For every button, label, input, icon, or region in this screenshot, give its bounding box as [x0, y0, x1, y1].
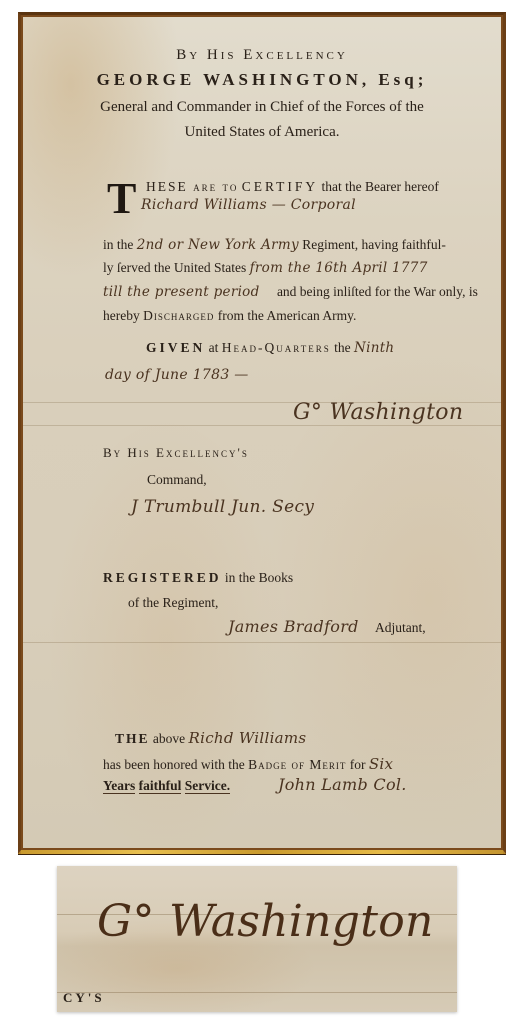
certify-line-3: in the 2nd or New York Army Regiment, ha…	[103, 237, 446, 253]
date-handwritten: day of June 1783 —	[105, 367, 249, 383]
fold-line	[23, 642, 501, 643]
given-word: GIVEN	[146, 340, 205, 355]
frame-gold-edge	[21, 850, 503, 854]
inlisted-text: and being inliſted for the War only, is	[277, 284, 478, 299]
certify-line-1: HESE are to CERTIFY that the Bearer here…	[146, 179, 439, 195]
service-word: Service.	[185, 778, 230, 794]
registered-line: REGISTERED in the Books	[103, 570, 293, 586]
header-country: United States of America.	[23, 124, 501, 141]
for-word: for	[350, 757, 366, 772]
document-paper: By His Excellency GEORGE WASHINGTON, Esq…	[23, 17, 501, 848]
the-word: THE	[115, 731, 150, 746]
command-word: Command,	[147, 472, 207, 488]
badge-line-2: has been honored with the Badge of Merit…	[103, 755, 393, 773]
in-the-books: in the Books	[225, 570, 293, 585]
certify-line-6: hereby Discharged from the American Army…	[103, 308, 356, 324]
certify-line-5: till the present period and being inliſt…	[103, 284, 478, 300]
regiment-text: Regiment, having faithful-	[302, 237, 446, 252]
these-are-to: HESE are to	[146, 179, 238, 194]
badge-line-1: THE above Richd Williams	[115, 729, 306, 747]
header-george-washington: GEORGE WASHINGTON, Esq;	[23, 70, 501, 90]
colonel-signature: John Lamb Col.	[278, 775, 407, 794]
the-word: the	[334, 340, 351, 355]
given-line: GIVEN at Head-Quarters the Ninth	[146, 340, 394, 356]
bearer-text: that the Bearer hereof	[322, 179, 439, 194]
years-word: Years	[103, 778, 135, 794]
hereby: hereby	[103, 308, 140, 323]
faithful-word: faithful	[139, 778, 182, 794]
by-his-excellencys: By His Excellency's	[103, 445, 249, 461]
badge-line-3: Years faithful Service.	[103, 778, 230, 794]
in-the: in the	[103, 237, 133, 252]
certify-line-4: ly ſerved the United States from the 16t…	[103, 260, 428, 276]
service-till-handwritten: till the present period	[103, 284, 260, 300]
honored-text: has been honored with the	[103, 757, 245, 772]
badge-of-merit: Badge of Merit	[248, 757, 346, 772]
from-army-text: from the American Army.	[218, 308, 357, 323]
bearer-name-handwritten: Richard Williams — Corporal	[141, 197, 356, 213]
header-by-his-excellency: By His Excellency	[23, 47, 501, 64]
head-quarters: Head-Quarters	[222, 340, 331, 355]
signature-detail-inset: G° Washington CY'S	[57, 866, 457, 1012]
fold-line	[23, 425, 501, 426]
fold-line	[57, 992, 457, 993]
service-from-handwritten: from the 16th April 1777	[250, 260, 428, 276]
certify-word: CERTIFY	[242, 179, 318, 194]
regiment-handwritten: 2nd or New York Army	[137, 237, 299, 253]
served-text: ly ſerved the United States	[103, 260, 246, 275]
picture-frame: By His Excellency GEORGE WASHINGTON, Esq…	[18, 12, 506, 854]
at-word: at	[209, 340, 219, 355]
years-handwritten: Six	[369, 755, 393, 773]
registered-word: REGISTERED	[103, 570, 222, 585]
above-word: above	[153, 731, 185, 746]
of-the-regiment: of the Regiment,	[128, 595, 218, 611]
excellencys-fragment: CY'S	[63, 990, 105, 1006]
day-handwritten: Ninth	[354, 340, 394, 356]
header-title: General and Commander in Chief of the Fo…	[23, 99, 501, 116]
adjutant-signature: James Bradford	[228, 617, 359, 636]
adjutant-label: Adjutant,	[375, 620, 426, 636]
drop-cap: T	[107, 177, 136, 221]
discharged-word: Discharged	[143, 308, 214, 323]
trumbull-signature: J Trumbull Jun. Secy	[131, 497, 314, 517]
washington-signature-enlarged: G° Washington	[97, 896, 434, 947]
washington-signature: G° Washington	[293, 400, 463, 425]
badge-name-handwritten: Richd Williams	[189, 729, 307, 747]
